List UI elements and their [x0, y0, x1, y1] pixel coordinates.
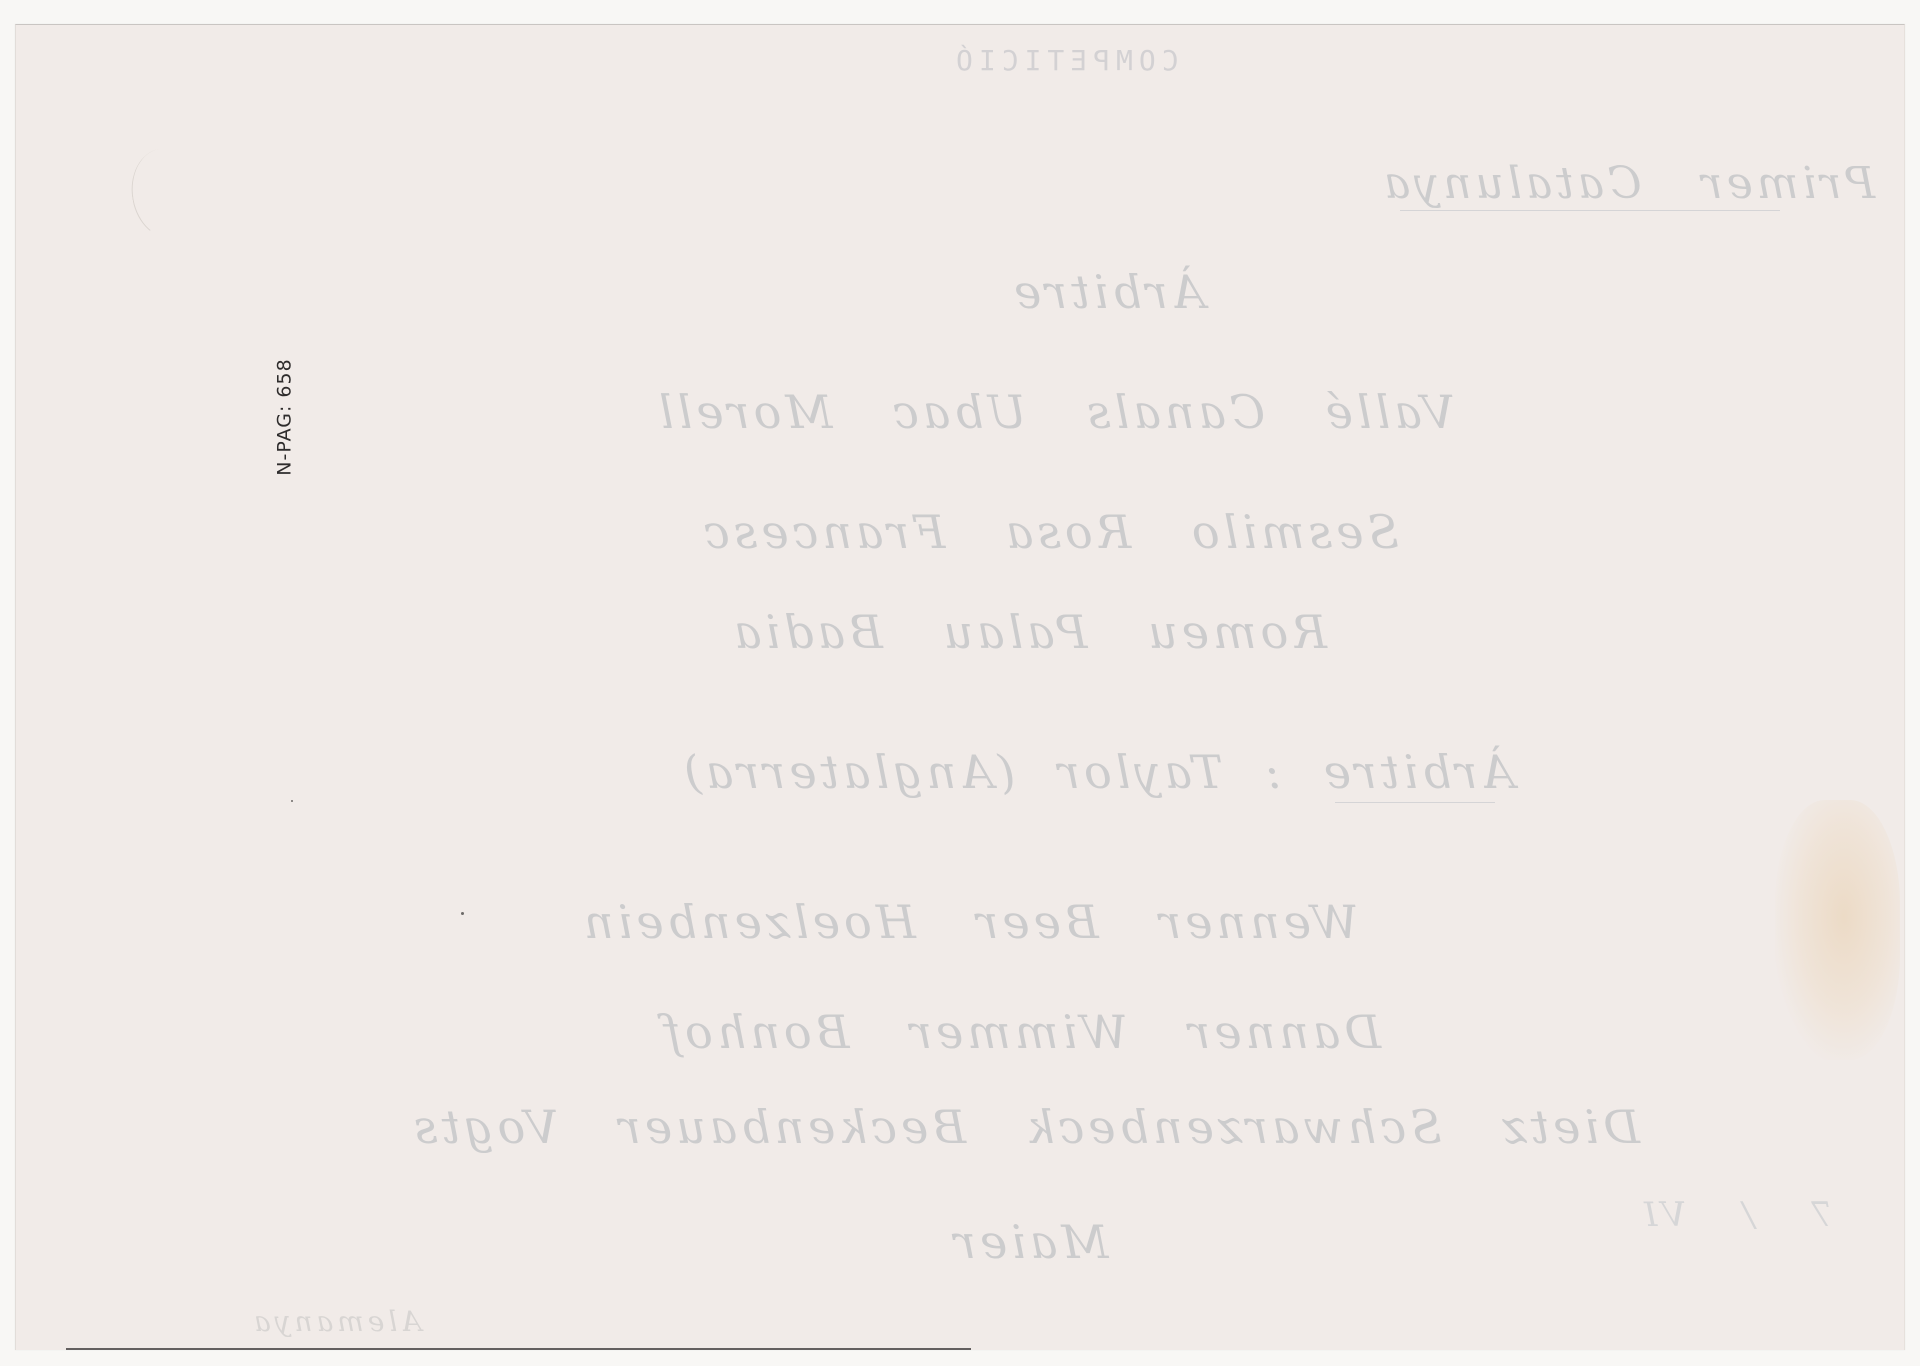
title-underline [1400, 210, 1780, 211]
bleed-line-1: Àrbitre [1010, 265, 1205, 319]
bleed-line-9: Maier [950, 1215, 1108, 1269]
speck [461, 912, 464, 915]
bleed-line-8: Dietz Schwarzenbeck Beckenbauer Vogts [410, 1100, 1640, 1154]
bleed-date-note: 7 / VI [1640, 1195, 1833, 1235]
bleed-line-6: Wenner Beer Hoelzenbein [580, 895, 1359, 949]
bleed-line-4: Romeu Palau Badia [730, 605, 1327, 659]
bleed-line-7: Danner Wimmer Bonhof [660, 1005, 1381, 1059]
speck [291, 800, 293, 802]
archive-stamp: N-PAG: 658 [268, 312, 302, 522]
bleed-line-2: Vallé Canals Ubac Morell [655, 385, 1455, 439]
arbitre-underline [1335, 802, 1495, 803]
water-stain [1775, 800, 1900, 1060]
bleed-line-3: Sesmilo Rosa Francesc [700, 505, 1399, 559]
stamp-text: N-PAG: 658 [274, 358, 296, 475]
bleed-title: Primer Catalunya [1380, 158, 1875, 209]
scanned-document: N-PAG: 658 COMPETICIÓ Primer Catalunya À… [0, 0, 1920, 1366]
paper-bottom-edge-shadow [66, 1348, 971, 1350]
bleed-header-print: COMPETICIÓ [950, 44, 1179, 77]
bleed-line-5: Àrbitre : Taylor (Anglaterra) [680, 745, 1515, 799]
bleed-bottom-note: Alemanya [250, 1305, 422, 1338]
